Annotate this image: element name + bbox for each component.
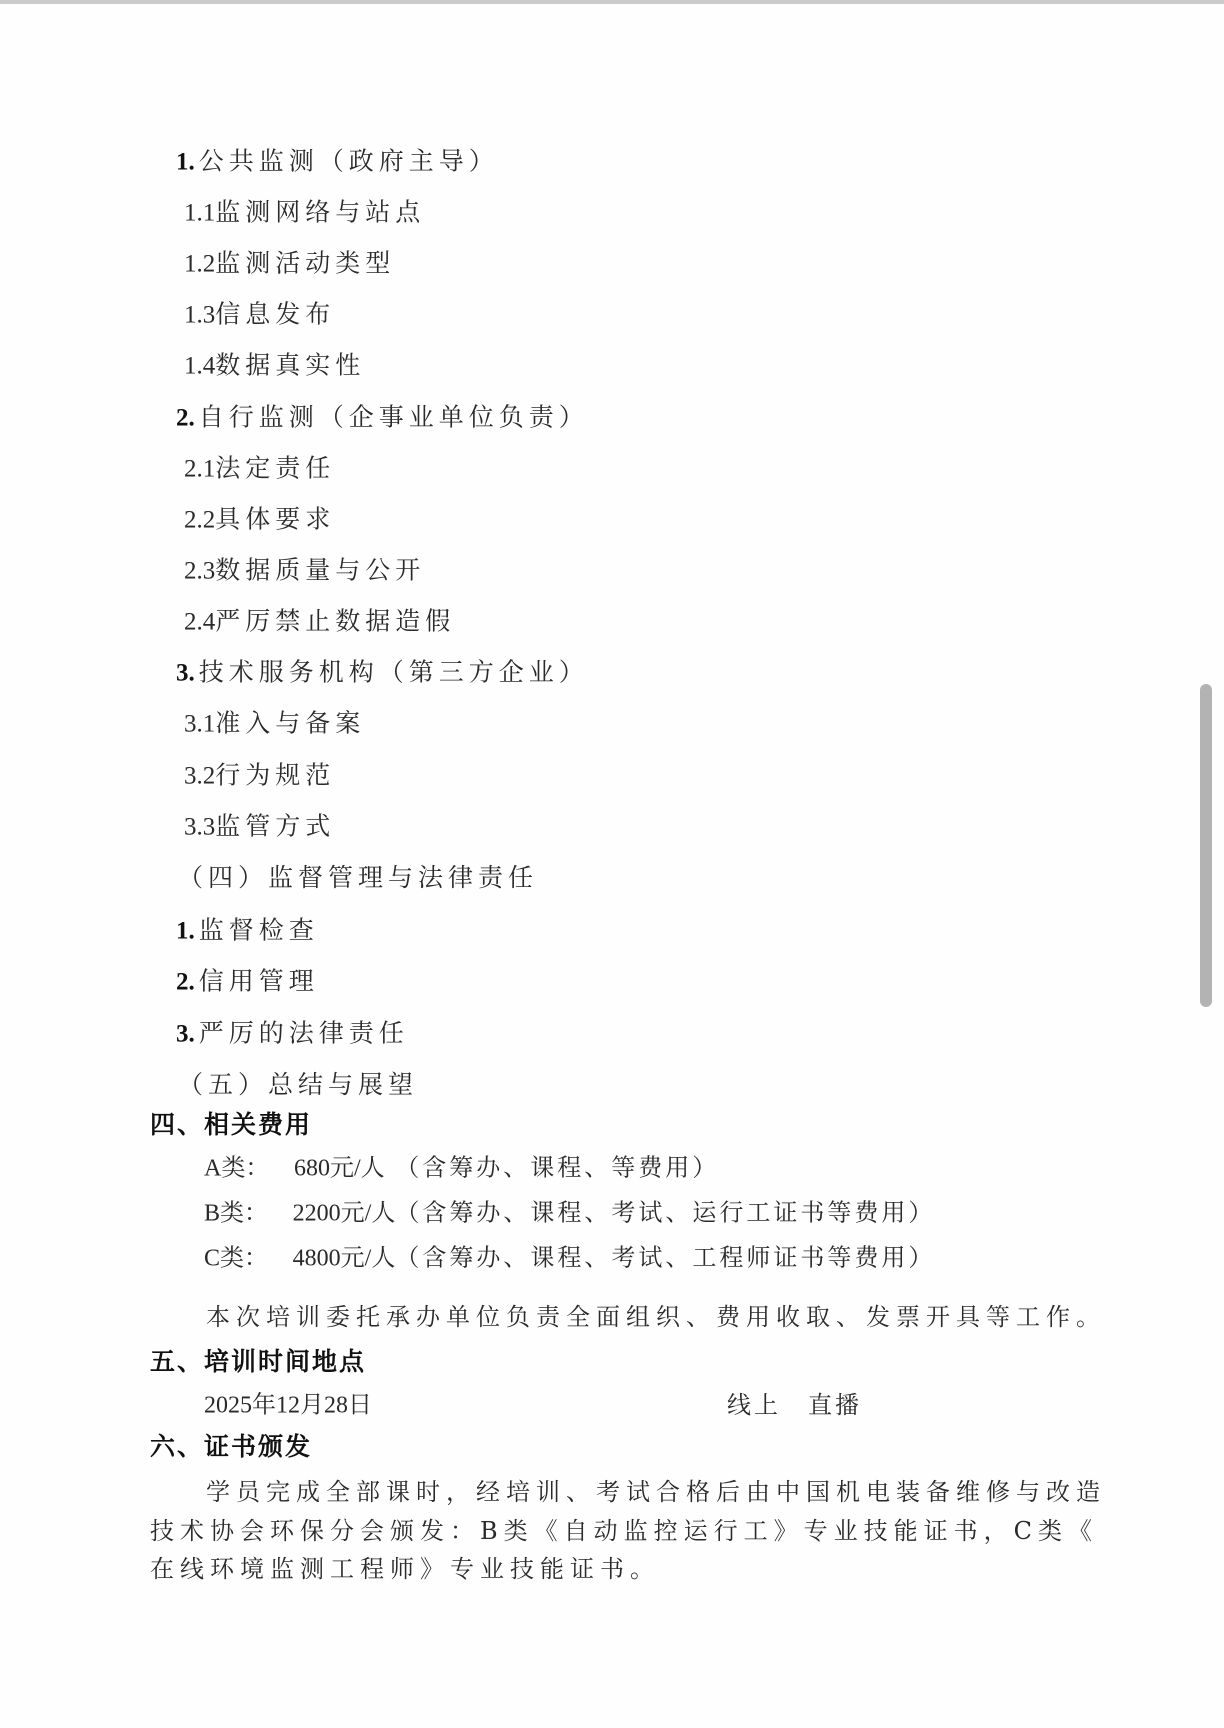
- certificate-paragraph-line-3: 在线环境监测工程师》专业技能证书。: [150, 1553, 660, 1585]
- training-location: 线上 直播: [727, 1389, 862, 1421]
- outline-text: 监督检查: [199, 916, 319, 945]
- outline-item: 2.1法定责任: [184, 453, 335, 486]
- outline-subnumber: 3.2: [184, 763, 215, 790]
- outline-item: 2.2具体要求: [184, 504, 335, 537]
- fee-row-b: B类： 2200元/人（含筹办、课程、考试、运行工证书等费用）: [204, 1197, 935, 1230]
- section-heading-certificate: 六、证书颁发: [150, 1431, 312, 1463]
- outline-text: 数据真实性: [215, 351, 365, 380]
- fee-class: A类：: [204, 1156, 269, 1182]
- top-border: [0, 0, 1224, 4]
- fee-note: （含筹办、课程、考试、工程师证书等费用）: [395, 1244, 935, 1272]
- outline-subnumber: 2.3: [184, 558, 215, 585]
- fee-note: （含筹办、课程、考试、运行工证书等费用）: [395, 1199, 935, 1227]
- fee-class: B类：: [204, 1201, 268, 1227]
- outline-item: 1.2监测活动类型: [184, 248, 395, 281]
- fee-price: 2200元/人: [293, 1201, 396, 1227]
- outline-item: 2.4严厉禁止数据造假: [184, 606, 455, 639]
- outline-text: 监管方式: [215, 812, 335, 841]
- outline-item: 3.严厉的法律责任: [176, 1018, 409, 1051]
- outline-text: 监测活动类型: [215, 249, 395, 278]
- outline-text: 具体要求: [215, 505, 335, 534]
- outline-text: 行为规范: [215, 761, 335, 790]
- outline-subnumber: 1.1: [184, 200, 215, 227]
- outline-subnumber: 3.3: [184, 814, 215, 841]
- section-heading-time-place: 五、培训时间地点: [150, 1346, 366, 1378]
- outline-number: 1.: [176, 149, 195, 176]
- outline-text: 技术服务机构（第三方企业）: [199, 658, 589, 687]
- outline-subnumber: 1.4: [184, 353, 215, 380]
- outline-item: 1.3信息发布: [184, 299, 335, 332]
- outline-number: 2.: [176, 405, 195, 432]
- outline-text: （四）监督管理与法律责任: [178, 863, 538, 892]
- fee-price: 680元/人: [294, 1156, 385, 1182]
- outline-item: 2.自行监测（企事业单位负责）: [176, 402, 589, 435]
- outline-text: 准入与备案: [215, 709, 365, 738]
- outline-text: 严厉禁止数据造假: [215, 607, 455, 636]
- section-heading-fees: 四、相关费用: [150, 1109, 312, 1141]
- outline-item: 1.1监测网络与站点: [184, 197, 425, 230]
- outline-number: 3.: [176, 1021, 195, 1048]
- outline-subnumber: 3.1: [184, 711, 215, 738]
- fee-row-c: C类： 4800元/人（含筹办、课程、考试、工程师证书等费用）: [204, 1242, 935, 1275]
- outline-text: 信用管理: [199, 967, 319, 996]
- outline-item: 2.信用管理: [176, 966, 319, 999]
- outline-text: （五）总结与展望: [178, 1070, 418, 1099]
- date-text: 2025年12月28日: [204, 1393, 372, 1419]
- fee-note-paragraph: 本次培训委托承办单位负责全面组织、费用收取、发票开具等工作。: [206, 1301, 1106, 1333]
- outline-item: 3.2行为规范: [184, 760, 335, 793]
- outline-number: 3.: [176, 660, 195, 687]
- outline-subnumber: 1.3: [184, 302, 215, 329]
- fee-note: （含筹办、课程、等费用）: [385, 1154, 720, 1182]
- outline-text: 自行监测（企事业单位负责）: [199, 403, 589, 432]
- outline-number: 1.: [176, 918, 195, 945]
- certificate-paragraph-line-2: 技术协会环保分会颁发：B类《自动监控运行工》专业技能证书，C类《: [150, 1515, 1098, 1547]
- fee-class: C类：: [204, 1246, 268, 1272]
- vertical-scrollbar-thumb[interactable]: [1200, 684, 1212, 1007]
- fee-row-a: A类： 680元/人 （含筹办、课程、等费用）: [204, 1152, 719, 1185]
- outline-text: 信息发布: [215, 300, 335, 329]
- outline-item: 2.3数据质量与公开: [184, 555, 425, 588]
- outline-item: 3.3监管方式: [184, 811, 335, 844]
- outline-item: 3.技术服务机构（第三方企业）: [176, 657, 589, 690]
- training-date: 2025年12月28日: [204, 1389, 372, 1422]
- outline-item: 1.公共监测（政府主导）: [176, 146, 499, 179]
- fee-price: 4800元/人: [293, 1246, 396, 1272]
- outline-item: （五）总结与展望: [178, 1069, 418, 1101]
- outline-item: 1.监督检查: [176, 915, 319, 948]
- certificate-paragraph-line-1: 学员完成全部课时，经培训、考试合格后由中国机电装备维修与改造: [206, 1476, 1106, 1508]
- outline-text: 严厉的法律责任: [199, 1019, 409, 1048]
- outline-text: 公共监测（政府主导）: [199, 147, 499, 176]
- outline-subnumber: 1.2: [184, 251, 215, 278]
- outline-subnumber: 2.1: [184, 456, 215, 483]
- outline-item: （四）监督管理与法律责任: [178, 862, 538, 894]
- outline-subnumber: 2.2: [184, 507, 215, 534]
- outline-item: 1.4数据真实性: [184, 350, 365, 383]
- outline-text: 监测网络与站点: [215, 198, 425, 227]
- outline-number: 2.: [176, 969, 195, 996]
- outline-text: 法定责任: [215, 454, 335, 483]
- outline-item: 3.1准入与备案: [184, 708, 365, 741]
- outline-text: 数据质量与公开: [215, 556, 425, 585]
- outline-subnumber: 2.4: [184, 609, 215, 636]
